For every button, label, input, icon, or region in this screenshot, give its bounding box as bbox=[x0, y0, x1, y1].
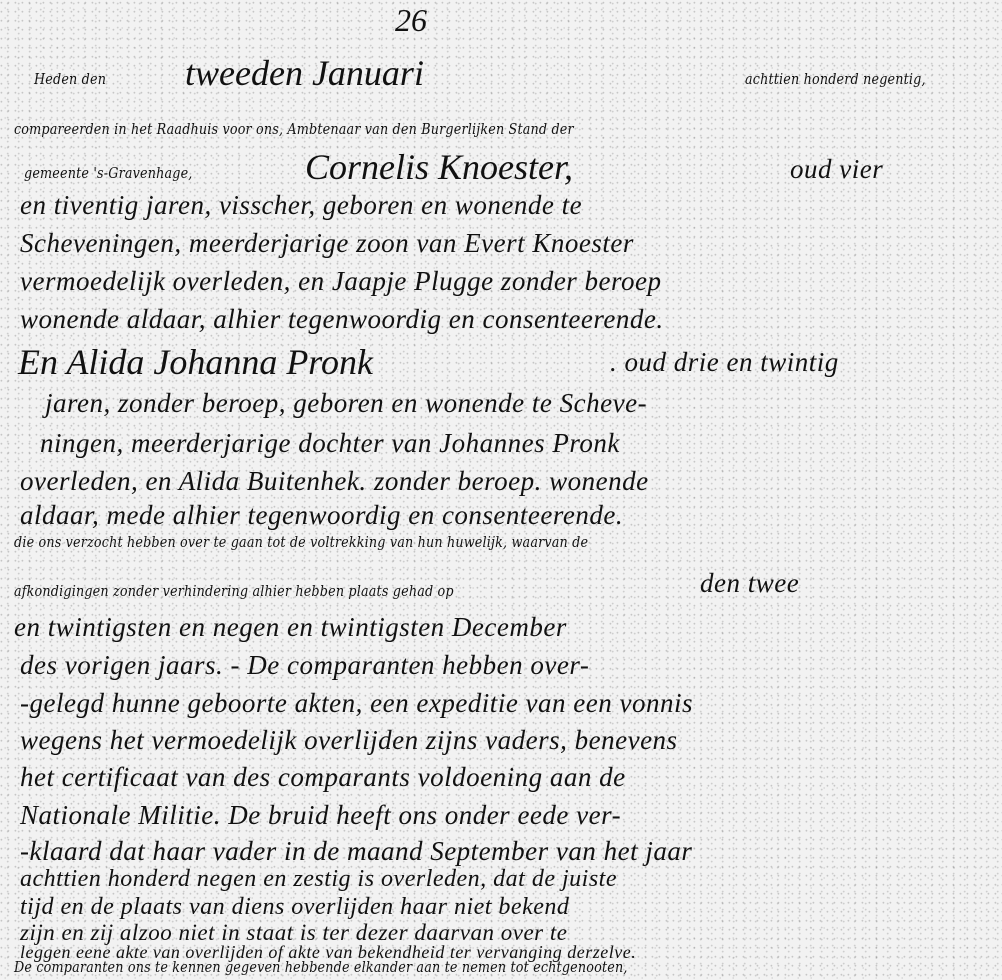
printed-text: afkondigingen zonder verhindering alhier… bbox=[14, 582, 454, 600]
handwritten-text: -gelegd hunne geboorte akten, een expedi… bbox=[20, 688, 693, 719]
handwritten-text: vermoedelijk overleden, en Jaapje Plugge… bbox=[20, 266, 662, 297]
handwritten-text: aldaar, mede alhier tegenwoordig en cons… bbox=[20, 500, 623, 531]
handwritten-text: oud vier bbox=[790, 154, 883, 185]
handwritten-text: Scheveningen, meerderjarige zoon van Eve… bbox=[20, 228, 634, 259]
printed-text: compareerden in het Raadhuis voor ons, A… bbox=[14, 120, 574, 138]
handwritten-text: wegens het vermoedelijk overlijden zijns… bbox=[20, 725, 678, 756]
printed-text: gemeente 's-Gravenhage, bbox=[24, 164, 193, 182]
handwritten-text: het certificaat van des comparants voldo… bbox=[20, 762, 626, 793]
civil-record-page: 26 Heden den tweeden Januari achttien ho… bbox=[0, 0, 1002, 980]
handwritten-text: achttien honderd negen en zestig is over… bbox=[20, 866, 617, 893]
handwritten-text: en tiventig jaren, visscher, geboren en … bbox=[20, 190, 582, 221]
handwritten-bride-name: En Alida Johanna Pronk bbox=[18, 341, 373, 383]
handwritten-text: tijd en de plaats van diens overlijden h… bbox=[20, 894, 569, 921]
handwritten-text: overleden, en Alida Buitenhek. zonder be… bbox=[20, 466, 649, 497]
handwritten-text: wonende aldaar, alhier tegenwoordig en c… bbox=[20, 304, 664, 335]
handwritten-text: . oud drie en twintig bbox=[610, 347, 839, 378]
handwritten-text: -klaard dat haar vader in de maand Septe… bbox=[20, 836, 692, 867]
record-line-3: gemeente 's-Gravenhage, Cornelis Knoeste… bbox=[0, 150, 1002, 190]
printed-text: De comparanten ons te kennen gegeven heb… bbox=[14, 958, 628, 976]
page-number: 26 bbox=[395, 2, 427, 39]
handwritten-text: den twee bbox=[700, 568, 799, 599]
record-line-1: Heden den tweeden Januari achttien honde… bbox=[0, 58, 1002, 98]
printed-text: Heden den bbox=[34, 70, 106, 88]
handwritten-text: Nationale Militie. De bruid heeft ons on… bbox=[20, 800, 621, 831]
handwritten-text: en twintigsten en negen en twintigsten D… bbox=[14, 612, 567, 643]
printed-text: die ons verzocht hebben over te gaan tot… bbox=[14, 533, 588, 551]
handwritten-groom-name: Cornelis Knoester, bbox=[305, 146, 573, 188]
printed-text: achttien honderd negentig, bbox=[745, 70, 926, 88]
handwritten-text: des vorigen jaars. - De comparanten hebb… bbox=[20, 650, 589, 681]
handwritten-text: jaren, zonder beroep, geboren en wonende… bbox=[45, 388, 647, 419]
record-line-2: compareerden in het Raadhuis voor ons, A… bbox=[0, 116, 1002, 146]
handwritten-text: ningen, meerderjarige dochter van Johann… bbox=[40, 428, 620, 459]
handwritten-date: tweeden Januari bbox=[185, 52, 424, 94]
